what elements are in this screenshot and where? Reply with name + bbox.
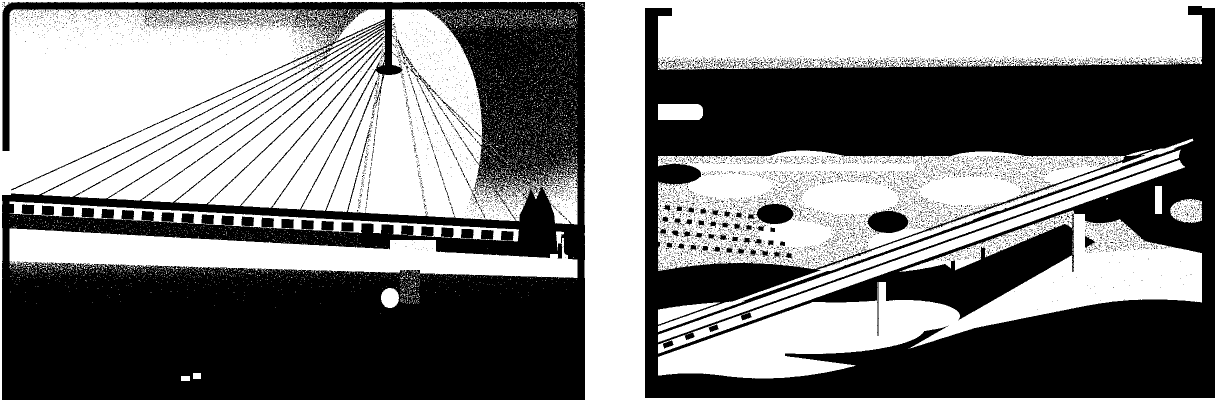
boat-highlight — [181, 376, 190, 381]
photo-highway-viaduct — [645, 6, 1215, 398]
pylon-reflection — [390, 240, 436, 270]
scanned-page — [0, 0, 1228, 402]
photo-cable-stayed-bridge — [2, 2, 585, 400]
halftone-scene-left — [2, 2, 585, 400]
river-water — [2, 261, 585, 400]
highway-viaduct-image — [645, 6, 1215, 398]
cable-stayed-bridge-image — [2, 2, 585, 400]
halftone-scene-right — [645, 6, 1215, 398]
